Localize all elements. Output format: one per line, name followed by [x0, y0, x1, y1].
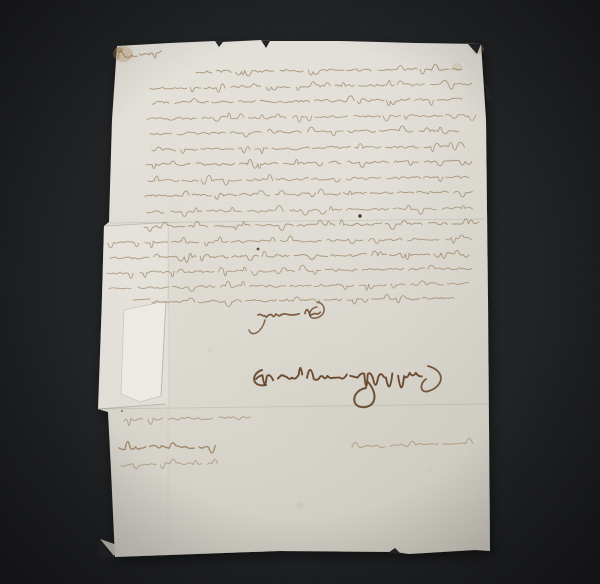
manuscript-photo: [0, 0, 600, 584]
photo-backdrop: [0, 0, 600, 584]
photo-grain: [0, 0, 600, 584]
